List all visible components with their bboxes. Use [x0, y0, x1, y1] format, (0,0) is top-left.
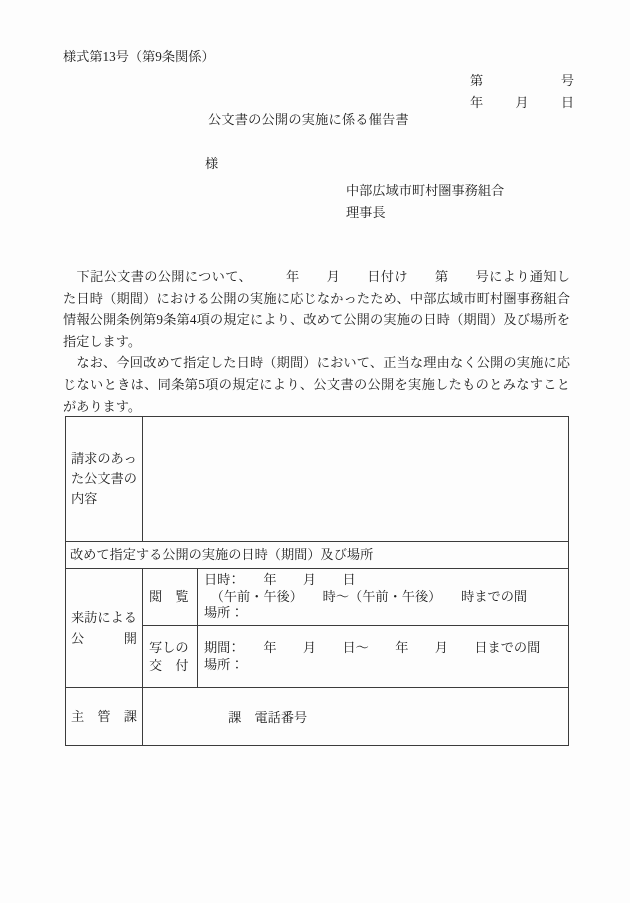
addressee-suffix-label: 様: [205, 153, 218, 172]
managing-section-value-cell: 課 電話番号: [143, 688, 569, 746]
inspection-ampm-line: （午前・午後） 時～（午前・午後） 時までの間: [204, 589, 562, 606]
doc-number-suffix: 号: [561, 70, 574, 89]
table-row: 請求のあった公文書の内容: [66, 417, 569, 542]
copy-delivery-label-line1: 写しの: [149, 639, 195, 657]
page-title: 公文書の公開の実施に係る催告書: [208, 109, 409, 128]
inspection-datetime-line: 日時： 年 月 日: [204, 572, 562, 589]
date-month-label: 月: [515, 92, 528, 111]
date-line: 年 月 日: [470, 92, 574, 111]
copy-delivery-content-cell: 期間： 年 月 日～ 年 月 日までの間 場所：: [198, 626, 569, 688]
doc-number-prefix: 第: [470, 70, 483, 89]
copy-delivery-label-cell: 写しの 交 付: [143, 626, 198, 688]
copy-delivery-label-line2: 交 付: [149, 657, 195, 675]
visit-disclosure-label-line2: 公 開: [71, 628, 137, 649]
visit-disclosure-label-cell: 来訪による 公 開: [66, 569, 143, 688]
table-row: 来訪による 公 開 閲 覧 日時： 年 月 日 （午前・午後） 時～（午前・午後…: [66, 569, 569, 626]
table-row: 改めて指定する公開の実施の日時（期間）及び場所: [66, 542, 569, 569]
copy-period-line: 期間： 年 月 日～ 年 月 日までの間: [204, 640, 562, 657]
visit-disclosure-label-line1: 来訪による: [71, 607, 137, 628]
form-number-label: 様式第13号（第9条関係）: [63, 46, 215, 65]
issuer-block: 中部広域市町村圏事務組合 理事長: [346, 180, 504, 224]
date-day-label: 日: [561, 92, 574, 111]
managing-section-label-cell: 主 管 課: [66, 688, 143, 746]
inspection-content-cell: 日時： 年 月 日 （午前・午後） 時～（午前・午後） 時までの間 場所：: [198, 569, 569, 626]
body-paragraph: 下記公文書の公開について、 年 月 日付け 第 号により通知した日時（期間）にお…: [63, 266, 570, 352]
document-page: 様式第13号（第9条関係） 第 号 年 月 日 公文書の公開の実施に係る催告書 …: [0, 0, 630, 903]
body-paragraph: なお、今回改めて指定した日時（期間）において、正当な理由なく公開の実施に応じない…: [63, 352, 570, 417]
issuer-organization: 中部広域市町村圏事務組合: [346, 180, 504, 202]
doc-number-line: 第 号: [470, 70, 574, 89]
request-content-label-cell: 請求のあった公文書の内容: [66, 417, 143, 542]
body-text: 下記公文書の公開について、 年 月 日付け 第 号により通知した日時（期間）にお…: [63, 266, 570, 417]
section-header-cell: 改めて指定する公開の実施の日時（期間）及び場所: [66, 542, 569, 569]
copy-place-line: 場所：: [204, 657, 562, 674]
request-content-value-cell: [143, 417, 569, 542]
table-row: 主 管 課 課 電話番号: [66, 688, 569, 746]
notice-table: 請求のあった公文書の内容 改めて指定する公開の実施の日時（期間）及び場所 来訪に…: [65, 416, 569, 746]
inspection-label-cell: 閲 覧: [143, 569, 198, 626]
inspection-place-line: 場所：: [204, 605, 562, 622]
date-year-label: 年: [470, 92, 483, 111]
issuer-title: 理事長: [346, 202, 504, 224]
